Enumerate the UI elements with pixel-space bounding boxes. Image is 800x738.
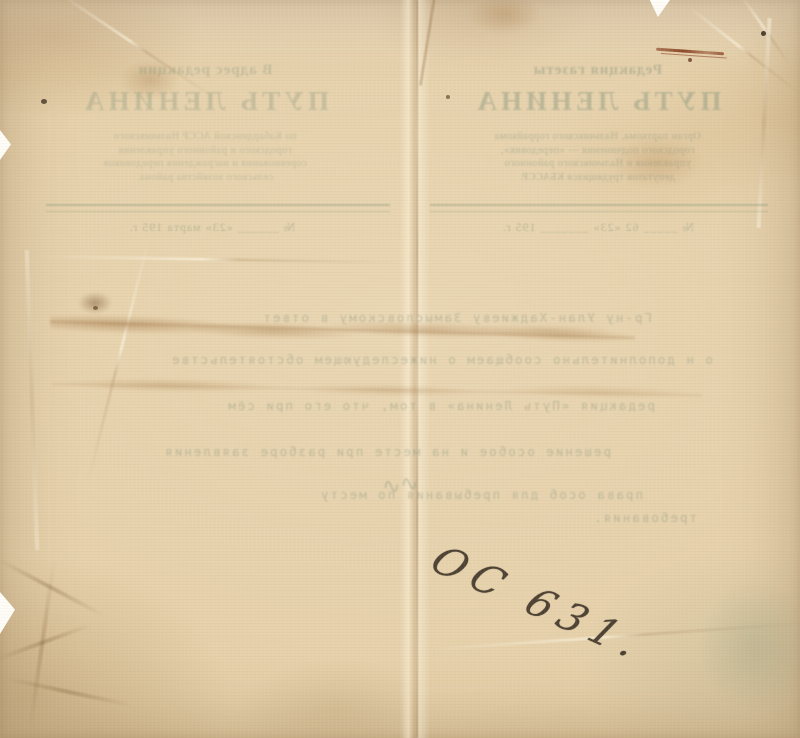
stain-blotch-bottom-right (700, 580, 800, 710)
ink-speck-top-right (761, 31, 766, 36)
vertical-fold-crease (400, 0, 430, 738)
vertical-fold-line (416, 0, 418, 738)
masthead-tagline-left: В адрес редакции (40, 62, 370, 79)
address-line: городского и районного управления (40, 144, 370, 158)
showthrough-body-line: Гр-ну Улан-Хаджиеву Замысловскому в отве… (152, 310, 652, 325)
showthrough-body-line: о н дополнительно сообщаем о нижеследующ… (88, 352, 713, 367)
masthead-address-left: по Кабардинской АССР Нальчикского городс… (40, 130, 370, 184)
address-line: депутатов трудящихся КБАССР. (430, 171, 765, 185)
masthead-tagline-right: Редакция газеты (430, 62, 765, 79)
stain-blotch-left-middle (78, 292, 112, 314)
masthead-title-left: ПУТЬ ЛЕНИНА (40, 86, 370, 117)
address-line: сельского хозяйства района. (40, 171, 370, 185)
showthrough-body-line: редакция «Путь Ленина» в том, что его пр… (70, 398, 655, 413)
showthrough-body-line: решение особое и на месте при разборе за… (116, 444, 611, 459)
showthrough-masthead-left: В адрес редакции ПУТЬ ЛЕНИНА по Кабардин… (40, 62, 370, 184)
address-line: Орган парткома, Нальчикского горрайкома (430, 130, 765, 144)
address-line: управления и Нальчикского районного (430, 157, 765, 171)
masthead-address-right: Орган парткома, Нальчикского горрайкома … (430, 130, 765, 184)
showthrough-signature-squiggle: ∿∿ (380, 470, 420, 501)
address-line: соревнования и награждения передовиков (40, 157, 370, 171)
address-line: городского подчинения — «передовик», (430, 144, 765, 158)
address-line: по Кабардинской АССР Нальчикского (40, 130, 370, 144)
showthrough-masthead-right: Редакция газеты ПУТЬ ЛЕНИНА Орган партко… (430, 62, 765, 184)
ink-speck-mid-left (93, 306, 98, 310)
showthrough-body-line: права особ для пребывания по месту (278, 487, 643, 502)
double-rule-left (46, 204, 390, 212)
number-line-left: № ______ «23» марта 195 г. (42, 220, 382, 235)
document-scan: В адрес редакции ПУТЬ ЛЕНИНА по Кабардин… (0, 0, 800, 738)
double-rule-right (430, 204, 768, 212)
masthead-title-right: ПУТЬ ЛЕНИНА (430, 86, 765, 117)
number-line-right: № _____ 62 «23» _______ 195 г. (428, 220, 768, 235)
showthrough-body-line: требования. (562, 510, 697, 525)
